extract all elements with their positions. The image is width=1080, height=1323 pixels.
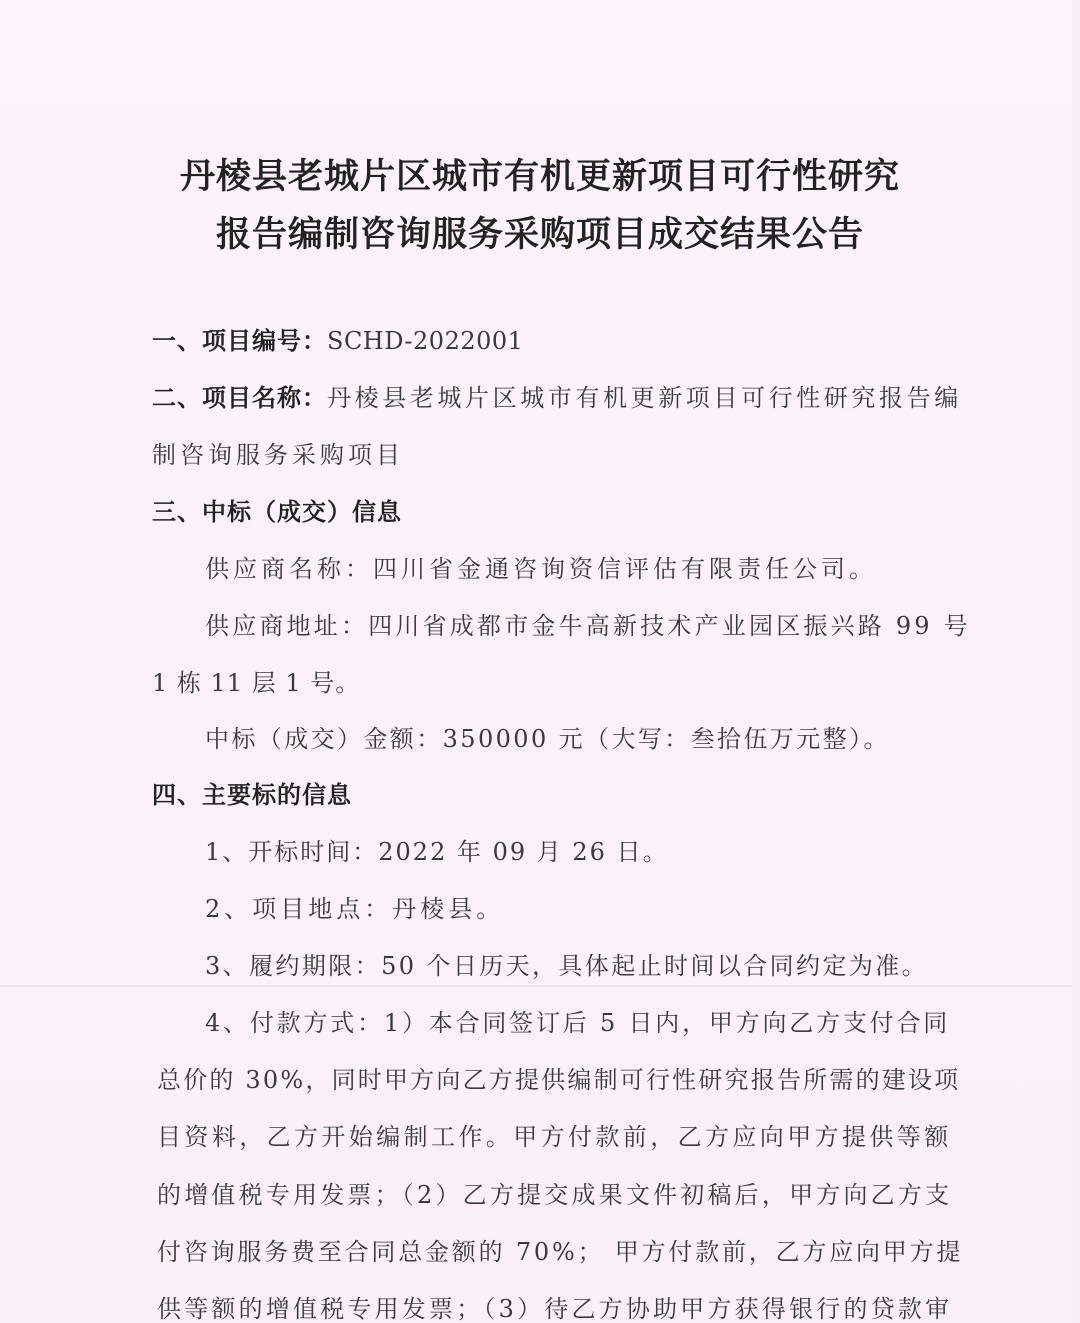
project-number-label: 一、项目编号： bbox=[152, 327, 327, 355]
payment-terms-line-2: 总价的 30%，同时甲方向乙方提供编制可行性研究报告所需的建设项 bbox=[157, 1065, 960, 1095]
scanned-document-page: 丹棱县老城片区城市有机更新项目可行性研究 报告编制咨询服务采购项目成交结果公告 … bbox=[0, 0, 1080, 1323]
performance-period: 3、履约期限：50 个日历天，具体起止时间以合同约定为准。 bbox=[205, 951, 928, 981]
project-name-value-line1: 丹棱县老城片区城市有机更新项目可行性研究报告编 bbox=[327, 384, 962, 412]
award-amount: 中标（成交）金额：350000 元（大写：叁拾伍万元整）。 bbox=[205, 724, 890, 754]
section-project-name: 二、项目名称：丹棱县老城片区城市有机更新项目可行性研究报告编 bbox=[152, 383, 962, 413]
supplier-name: 供应商名称：四川省金通咨询资信评估有限责任公司。 bbox=[205, 554, 877, 584]
payment-terms-line-5: 付咨询服务费至合同总金额的 70%； 甲方付款前，乙方应向甲方提 bbox=[157, 1237, 963, 1267]
payment-terms-line-1: 4、付款方式：1）本合同签订后 5 日内，甲方向乙方支付合同 bbox=[205, 1008, 950, 1038]
section-award-info-heading: 三、中标（成交）信息 bbox=[152, 497, 402, 527]
payment-terms-line-6: 供等额的增值税专用发票；（3）待乙方协助甲方获得银行的贷款审 bbox=[157, 1294, 952, 1323]
payment-terms-line-3: 目资料，乙方开始编制工作。甲方付款前，乙方应向甲方提供等额 bbox=[157, 1122, 952, 1152]
project-name-label: 二、项目名称： bbox=[152, 384, 327, 412]
section-main-subject-heading: 四、主要标的信息 bbox=[152, 780, 352, 810]
supplier-address-line1: 供应商地址：四川省成都市金牛高新技术产业园区振兴路 99 号 bbox=[205, 611, 971, 641]
project-name-value-line2: 制咨询服务采购项目 bbox=[152, 440, 404, 470]
supplier-address-line2: 1 栋 11 层 1 号。 bbox=[152, 668, 360, 698]
bid-opening-time: 1、开标时间：2022 年 09 月 26 日。 bbox=[205, 837, 669, 867]
title-line-2: 报告编制咨询服务采购项目成交结果公告 bbox=[150, 206, 930, 264]
project-number-value: SCHD-2022001 bbox=[327, 327, 523, 355]
payment-terms-line-4: 的增值税专用发票；（2）乙方提交成果文件初稿后，甲方向乙方支 bbox=[157, 1180, 952, 1210]
project-location: 2、项目地点：丹棱县。 bbox=[205, 894, 504, 924]
section-project-number: 一、项目编号：SCHD-2022001 bbox=[152, 326, 523, 356]
page-edge bbox=[1072, 0, 1080, 1323]
title-line-1: 丹棱县老城片区城市有机更新项目可行性研究 bbox=[150, 148, 930, 206]
scan-fold-line bbox=[0, 985, 1080, 987]
document-title: 丹棱县老城片区城市有机更新项目可行性研究 报告编制咨询服务采购项目成交结果公告 bbox=[150, 148, 930, 264]
